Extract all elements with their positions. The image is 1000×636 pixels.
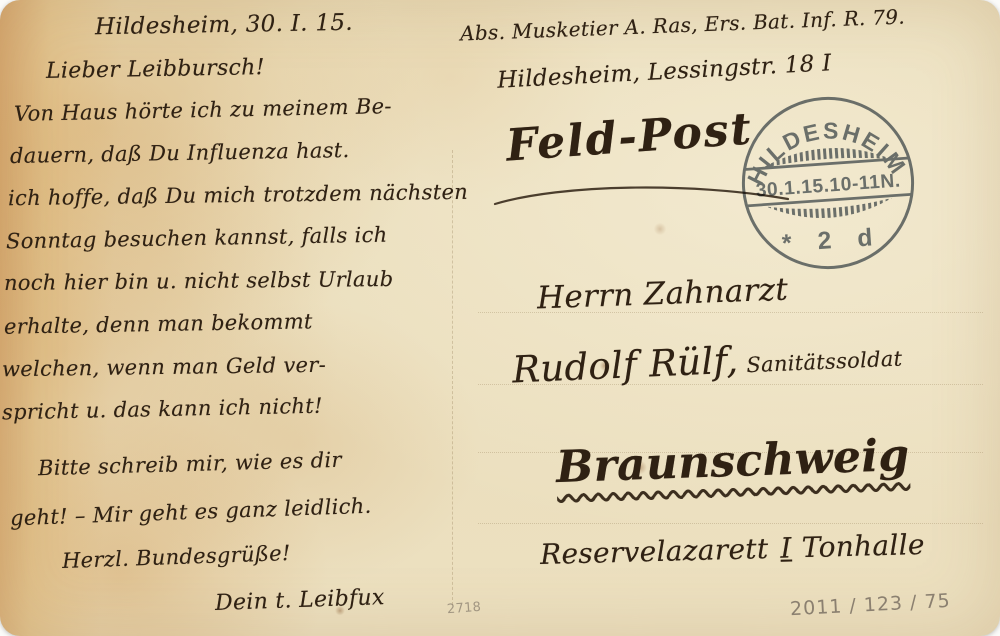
message-line: Bitte schreib mir, wie es dir: [38, 448, 342, 480]
pencil-archive-number: 2011 / 123 / 75: [790, 590, 952, 620]
recipient-name-line: Rudolf Rülf,Sanitätssoldat: [511, 332, 903, 392]
sender-line: Hildesheim, Lessingstr. 18 I: [497, 50, 833, 93]
recipient-rank: Sanitätssoldat: [746, 346, 903, 377]
closing: Herzl. Bundesgrüße!: [62, 541, 291, 573]
postmark-stamp: HILDESHEIM 30.1.15.10-11N. * 2 d: [731, 86, 925, 280]
postcard-divider-line: [452, 150, 453, 605]
sender-line: Abs. Musketier A. Ras, Ers. Bat. Inf. R.…: [460, 4, 906, 45]
recipient-lazarett-line: ReservelazarettITonhalle: [540, 528, 926, 571]
postmark-bottom-code: * 2 d: [781, 224, 883, 258]
scanned-postcard-photo: Hildesheim, 30. I. 15. Lieber Leibbursch…: [0, 0, 1000, 636]
postmark-hatch-lower: [766, 198, 893, 222]
recipient-city: Braunschweig: [555, 430, 910, 493]
signature: Dein t. Leibfux: [215, 585, 385, 616]
message-line: noch hier bin u. nicht selbst Urlaub: [4, 267, 394, 295]
lazarett-place: Tonhalle: [801, 528, 925, 564]
address-guide-line: [478, 523, 983, 524]
lazarett-numeral: I: [780, 531, 792, 564]
message-line: welchen, wenn man Geld ver-: [2, 353, 326, 382]
message-line: erhalte, denn man bekommt: [4, 309, 313, 338]
message-line: spricht u. das kann ich nicht!: [2, 394, 323, 425]
feldpost-label: Feld-Post: [505, 103, 755, 171]
recipient-title: Herrn Zahnarzt: [536, 272, 788, 317]
message-line: dauern, daß Du Influenza hast.: [10, 138, 350, 168]
message-line: Von Haus hörte ich zu meinem Be-: [14, 94, 392, 126]
message-line: Sonntag besuchen kannst, falls ich: [6, 223, 388, 254]
message-line: geht! – Mir geht es ganz leidlich.: [10, 494, 372, 531]
postcard: Hildesheim, 30. I. 15. Lieber Leibbursch…: [0, 0, 1000, 636]
message-line: ich hoffe, daß Du mich trotzdem nächsten: [8, 180, 468, 210]
lazarett-word: Reservelazarett: [540, 532, 769, 571]
salutation: Lieber Leibbursch!: [46, 55, 265, 84]
pencil-mark-center: 2718: [447, 600, 482, 617]
dateline: Hildesheim, 30. I. 15.: [95, 10, 353, 40]
